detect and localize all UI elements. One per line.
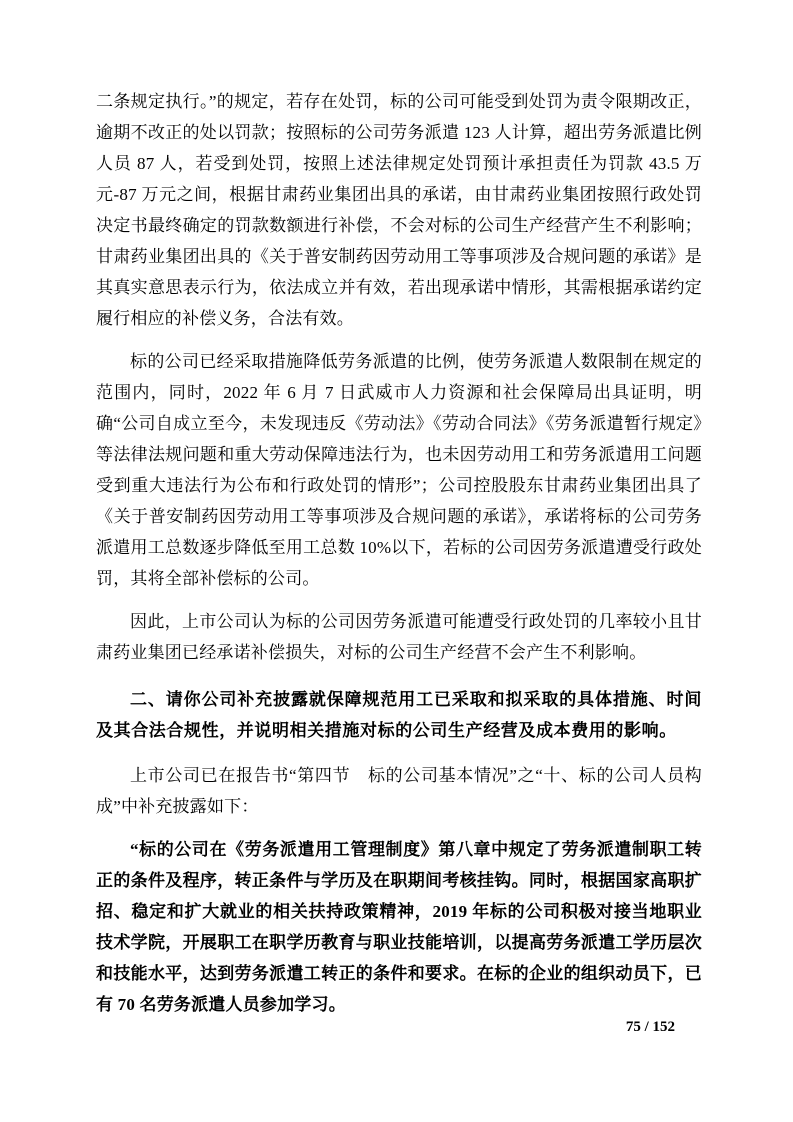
paragraph-penalty-risk-continuation: 二条规定执行。”的规定，若存在处罚，标的公司可能受到处罚为责令限期改正，逾期不改… [96,86,702,334]
document-content: 二条规定执行。”的规定，若存在处罚，标的公司可能受到处罚为责令限期改正，逾期不改… [96,86,702,1020]
paragraph-quoted-disclosure: “标的公司在《劳务派遣用工管理制度》第八章中规定了劳务派遣制职工转正的条件及程序… [96,834,702,1020]
section-heading-question-2: 二、请你公司补充披露就保障规范用工已采取和拟采取的具体措施、时间及其合法合规性，… [96,684,702,746]
paragraph-disclosure-location: 上市公司已在报告书“第四节 标的公司基本情况”之“十、标的公司人员构成”中补充披… [96,760,702,822]
paragraph-conclusion: 因此，上市公司认为标的公司因劳务派遣可能遭受行政处罚的几率较小且甘肃药业集团已经… [96,606,702,668]
page-number: 75 / 152 [626,1019,675,1036]
paragraph-measures-taken: 标的公司已经采取措施降低劳务派遣的比例，使劳务派遣人数限制在规定的范围内，同时，… [96,346,702,594]
document-page: 二条规定执行。”的规定，若存在处罚，标的公司可能受到处罚为责令限期改正，逾期不改… [0,0,793,1122]
